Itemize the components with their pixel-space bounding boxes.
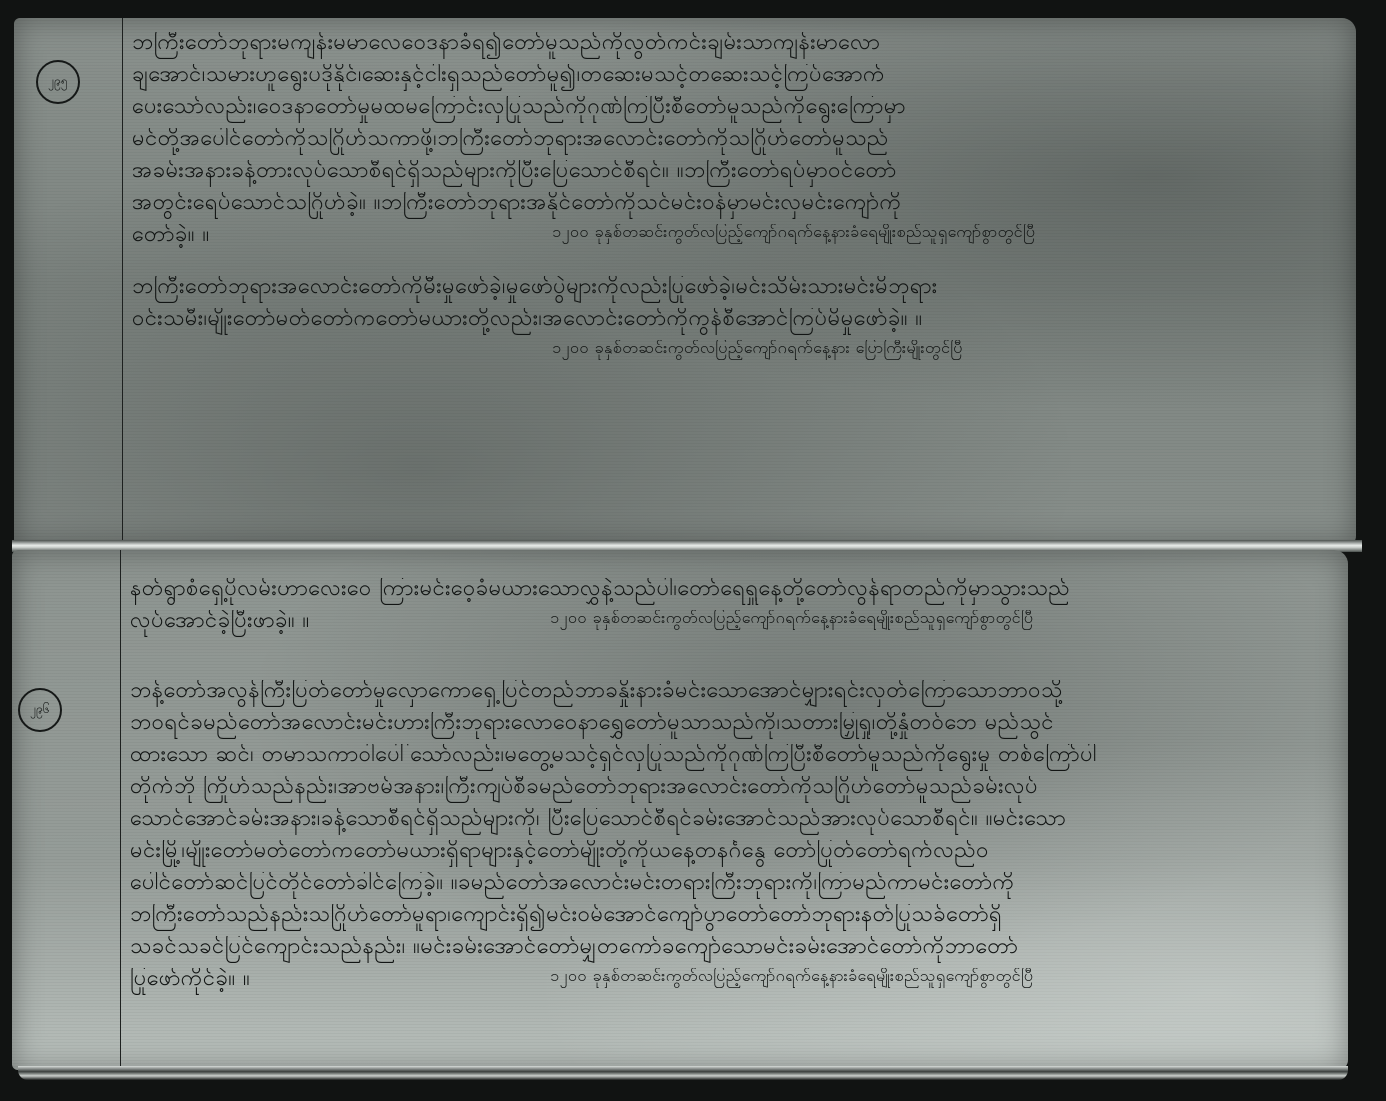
page-text-block: ဘကြီးတော်ဘုရားမကျန်းမမာလေဝေဒနာခံရ၍တော်မူ… — [132, 32, 1338, 370]
text-line: ပေါင်တော်ဆင်ပြင်တိုင်တော်ခါင်ကြေခဲ့။ ။ခမ… — [130, 872, 1330, 904]
text-line: သခင်သခင်ပြင်ကျောင်းသည်နည်း၊ ။မင်းခမ်းအော… — [130, 936, 1330, 968]
manuscript-page-lower: ၂၉၆ နတ်ရွာစံရှေ့ပိုလမ်းဟာလေးဝေ ကြားမင်းဝ… — [12, 550, 1348, 1070]
text-line: ဝင်းသမီး၊မျိုးတော်မတ်တော်ကတော်မယားတို့လည… — [132, 308, 1338, 340]
colophon-line: ၁၂၀၀ ခုနှစ်တဆင်းကွတ်လပြည့်ကျော်ဂရက်နေ့နာ… — [132, 224, 1338, 254]
text-line: မင်းမြို့၊မျိုးတော်မတ်တော်ကတော်မယားရှိရာ… — [130, 840, 1330, 872]
manuscript-photograph: ၂၉၅ ဘကြီးတော်ဘုရားမကျန်းမမာလေဝေဒနာခံရ၍တေ… — [0, 0, 1386, 1101]
text-line: ဘဝရင်ခမည်တော်အလောင်းမင်းဟားကြီးဘုရားလောဝ… — [130, 712, 1330, 744]
text-line: သောင်အောင်ခမ်းအနား၊ခန့်သောစီရင်ရှိသည်မျာ… — [130, 808, 1330, 840]
colophon-line: ၁၂၀၀ ခုနှစ်တဆင်းကွတ်လပြည့်ကျော်ဂရက်နေ့နာ… — [130, 610, 1330, 640]
folio-number: ၂၉၆ — [30, 701, 49, 719]
margin-rule — [122, 18, 123, 546]
folio-number-circle: ၂၉၆ — [18, 688, 62, 732]
text-line: အခမ်းအနားခန့်တားလုပ်သောစီရင်ရှိသည်များကိ… — [132, 160, 1338, 192]
text-line: ထားသော ဆင်၊ တမာသကာဝါပေါ်သော်လည်း၊မတွေ့မသ… — [130, 744, 1330, 776]
margin-rule — [120, 550, 121, 1070]
colophon-line: ၁၂၀၀ ခုနှစ်တဆင်းကွတ်လပြည့်ကျော်ဂရက်နေ့နာ… — [130, 968, 1330, 998]
text-line: ဘန့်တော်အလွန်ကြီးပြတ်တော်မှုလှောကောရှေ့ပ… — [130, 680, 1330, 712]
text-line: ဘကြီးတော်ဘုရားမကျန်းမမာလေဝေဒနာခံရ၍တော်မူ… — [132, 32, 1338, 64]
text-line: ချအောင်၊သမားဟူရွေးပဒိုနိုင်၊ဆေးနှင့်ငါးရ… — [132, 64, 1338, 96]
page-text-block: နတ်ရွာစံရှေ့ပိုလမ်းဟာလေးဝေ ကြားမင်းဝေ့ခံ… — [130, 578, 1330, 998]
text-line: ပေးသော်လည်း၊ဝေဒနာတော်မှုမထမကြောင်းလှပြုသ… — [132, 96, 1338, 128]
text-line: ဘကြီးတော်သည်နည်းသဂြိုဟ်တော်မူရာ၊ကျောင်းရ… — [130, 904, 1330, 936]
folio-number-circle: ၂၉၅ — [36, 60, 80, 104]
text-line: နတ်ရွာစံရှေ့ပိုလမ်းဟာလေးဝေ ကြားမင်းဝေ့ခံ… — [130, 578, 1330, 610]
manuscript-page-upper: ၂၉၅ ဘကြီးတော်ဘုရားမကျန်းမမာလေဝေဒနာခံရ၍တေ… — [14, 18, 1356, 546]
text-line: ဘကြီးတော်ဘုရားအလောင်းတော်ကိုမီးမှုဖော်ခဲ… — [132, 276, 1338, 308]
text-line: အတွင်းရေပ်သောင်သဂြိုဟ်ခဲ့။ ။ဘကြီးတော်ဘုရ… — [132, 192, 1338, 224]
text-line: တိုက်ဘို ကြိုဟ်သည်နည်း၊အာဗမ်အနား၊ကြီးကျပ… — [130, 776, 1330, 808]
page-bottom-edge — [18, 1066, 1348, 1080]
folio-number: ၂၉၅ — [48, 73, 67, 91]
text-line: မင်တို့အပေါင်တော်ကိုသဂြိုဟ်သကာဖို့၊ဘကြီး… — [132, 128, 1338, 160]
colophon-line: ၁၂၀၀ ခုနှစ်တဆင်းကွတ်လပြည့်ကျော်ဂရက်နေ့နာ… — [132, 340, 1338, 370]
